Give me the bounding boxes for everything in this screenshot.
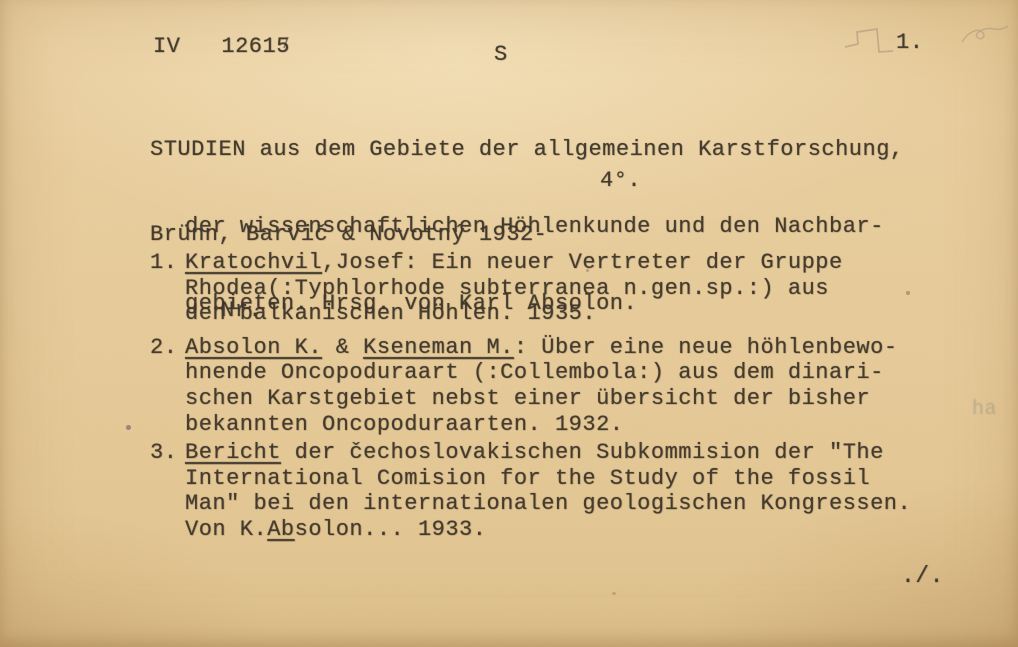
entry-number: 2. xyxy=(150,335,185,437)
pencil-squiggle-mark xyxy=(962,26,1008,42)
entries-list: 1.Kratochvil,Josef: Ein neuer Vertreter … xyxy=(150,250,911,543)
text-segment: International Comision for the Study of … xyxy=(185,466,870,491)
entry-text: Bericht der čechoslovakischen Subkommisi… xyxy=(185,440,911,542)
paper-speck xyxy=(612,592,616,595)
text-segment: ,Josef: Ein neuer Vertreter der Gruppe xyxy=(322,250,843,275)
catalog-number-value: 12615 xyxy=(221,34,290,59)
entry-row: 2.Absolon K. & Kseneman M.: Über eine ne… xyxy=(150,335,911,437)
pencil-bracket-mark xyxy=(845,29,893,52)
section-letter: S xyxy=(494,42,508,67)
entry-text-line: Bericht der čechoslovakischen Subkommisi… xyxy=(185,440,911,466)
underlined-text-segment: Bericht xyxy=(185,440,281,465)
ink-speck xyxy=(126,425,131,430)
ink-speck xyxy=(586,269,589,272)
catalog-number: IV12615 xyxy=(153,34,290,59)
entry-text-line: Von K.Absolon... 1933. xyxy=(185,517,911,543)
entry-text: Absolon K. & Kseneman M.: Über eine neue… xyxy=(185,335,898,437)
ink-speck xyxy=(906,291,910,295)
text-segment: hnende Oncopoduraart (:Collembola:) aus … xyxy=(185,360,884,385)
entry-text-line: hnende Oncopoduraart (:Collembola:) aus … xyxy=(185,360,898,386)
entry-text-line: Rhodea(:Typhlorhode subterranea n.gen.sp… xyxy=(185,276,843,302)
catalog-series: IV xyxy=(153,34,180,59)
entry-row: 1.Kratochvil,Josef: Ein neuer Vertreter … xyxy=(150,250,911,327)
entry-row: 3.Bericht der čechoslovakischen Subkommi… xyxy=(150,440,911,542)
entry-text: Kratochvil,Josef: Ein neuer Vertreter de… xyxy=(185,250,843,327)
text-segment: schen Karstgebiet nebst einer übersicht … xyxy=(185,386,870,411)
text-segment: solon... 1933. xyxy=(295,517,487,542)
text-segment: : Über eine neue höhlenbewo- xyxy=(514,335,898,360)
text-segment: Man" bei den internationalen geologische… xyxy=(185,491,911,516)
format-designation: 4°. xyxy=(600,168,641,193)
entry-text-line: International Comision for the Study of … xyxy=(185,466,911,492)
ghost-ink-mark: ha xyxy=(972,398,997,421)
entry-text-line: Kratochvil,Josef: Ein neuer Vertreter de… xyxy=(185,250,843,276)
entry-text-line: Absolon K. & Kseneman M.: Über eine neue… xyxy=(185,335,898,361)
underlined-text-segment: Absolon K. xyxy=(185,335,322,360)
entry-text-line: schen Karstgebiet nebst einer übersicht … xyxy=(185,386,898,412)
text-segment: Von K. xyxy=(185,517,267,542)
imprint-publisher-line: Brünn, Barvič & Novotný 1932- xyxy=(150,222,547,247)
continuation-mark: ./. xyxy=(901,563,944,589)
text-segment: Rhodea(:Typhlorhode subterranea n.gen.sp… xyxy=(185,276,829,301)
entry-text-line: Man" bei den internationalen geologische… xyxy=(185,491,911,517)
entry-number: 3. xyxy=(150,440,185,542)
text-segment: bekannten Oncopoduraarten. 1932. xyxy=(185,412,623,437)
entry-number: 1. xyxy=(150,250,185,327)
underlined-text-segment: Kseneman M. xyxy=(363,335,514,360)
text-segment: den balkanischen Höhlen. 1935. xyxy=(185,301,596,326)
underlined-text-segment: Kratochvil xyxy=(185,250,322,275)
underlined-text-segment: Ab xyxy=(267,517,294,542)
title-line-1: STUDIEN aus dem Gebiete der allgemeinen … xyxy=(150,137,904,163)
entry-text-line: den balkanischen Höhlen. 1935. xyxy=(185,301,843,327)
text-segment: & xyxy=(322,335,363,360)
catalog-card: IV12615 S 1. STUDIEN aus dem Gebiete der… xyxy=(0,0,1018,647)
text-segment: der čechoslovakischen Subkommision der "… xyxy=(281,440,884,465)
entry-text-line: bekannten Oncopoduraarten. 1932. xyxy=(185,412,898,438)
card-number: 1. xyxy=(896,30,923,55)
